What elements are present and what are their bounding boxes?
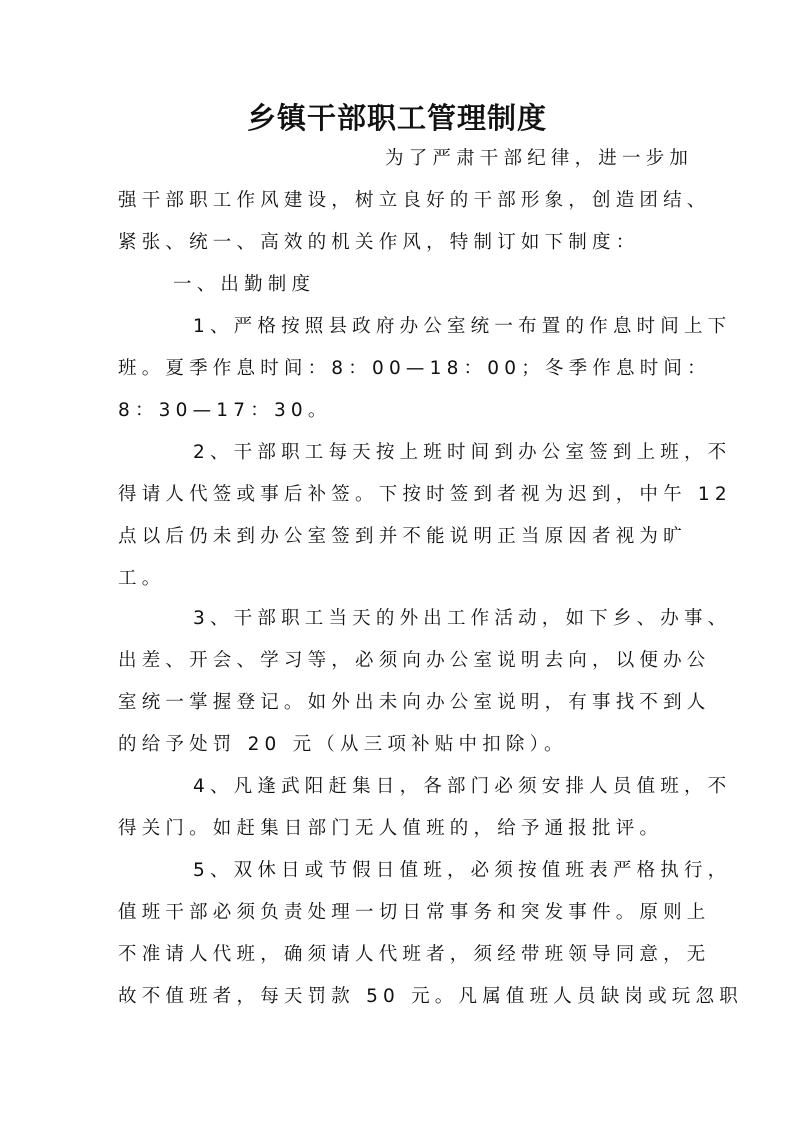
clause-3-line-3: 室统一掌握登记。如外出未向办公室说明，有事找不到人 [118, 690, 711, 716]
intro-line-1: 为了严肃干部纪律，进一步加 [385, 146, 693, 172]
clause-1-line-1: 1、严格按照县政府办公室统一布置的作息时间上下 [193, 314, 731, 340]
clause-5-line-2: 值班干部必须负责处理一切日常事务和突发事件。原则上 [118, 900, 711, 926]
clause-4-line-1: 4、凡逢武阳赶集日，各部门必须安排人员值班，不 [193, 774, 731, 800]
clause-5-line-4: 故不值班者，每天罚款 50 元。凡属值班人员缺岗或玩忽职 [118, 984, 743, 1010]
clause-5-line-1: 5、双休日或节假日值班，必须按值班表严格执行， [193, 858, 731, 884]
clause-3-line-4: 的给予处罚 20 元（从三项补贴中扣除）。 [118, 732, 568, 758]
clause-4-line-2: 得关门。如赶集日部门无人值班的，给予通报批评。 [118, 816, 663, 842]
clause-3-line-2: 出差、开会、学习等，必须向办公室说明去向，以便办公 [118, 648, 711, 674]
document-page: 乡镇干部职工管理制度 为了严肃干部纪律，进一步加 强干部职工作风建设，树立良好的… [0, 0, 794, 1123]
clause-3-line-1: 3、干部职工当天的外出工作活动，如下乡、办事、 [193, 606, 731, 632]
clause-5-line-3: 不准请人代班，确须请人代班者，须经带班领导同意，无 [118, 942, 711, 968]
clause-1-line-2: 班。夏季作息时间：8：00—18：00；冬季作息时间： [118, 356, 711, 382]
intro-line-2: 强干部职工作风建设，树立良好的干部形象，创造团结、 [118, 188, 711, 214]
clause-2-line-4: 工。 [118, 566, 165, 592]
clause-2-line-3: 点以后仍未到办公室签到并不能说明正当原因者视为旷 [118, 524, 687, 550]
document-title: 乡镇干部职工管理制度 [0, 98, 794, 138]
clause-2-line-1: 2、干部职工每天按上班时间到办公室签到上班，不 [193, 440, 731, 466]
section-heading-attendance: 一、出勤制度 [173, 272, 315, 298]
clause-1-line-3: 8：30—17：30。 [118, 398, 332, 424]
clause-2-line-2: 得请人代签或事后补签。下按时签到者视为迟到，中午 12 [118, 482, 732, 508]
intro-line-3: 紧张、统一、高效的机关作风，特制订如下制度： [118, 230, 639, 256]
